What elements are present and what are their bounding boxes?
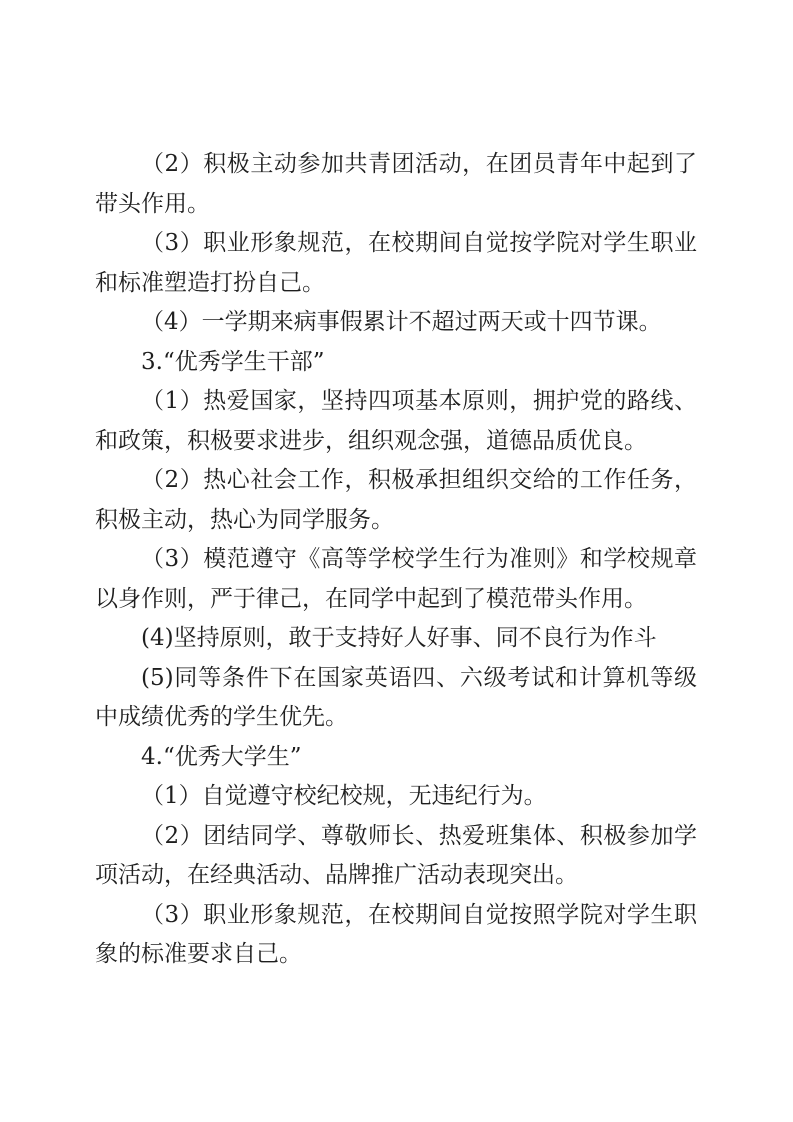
text-line: 项活动，在经典活动、品牌推广活动表现突出。 [95, 856, 697, 896]
text-line: 积极主动，热心为同学服务。 [95, 501, 697, 541]
text-line: 3.“优秀学生干部” [95, 343, 697, 383]
cadre-item-1-love-country: （1）热爱国家，坚持四项基本原则，拥护党的路线、方针和政策，积极要求进步，组织观… [95, 382, 697, 461]
cadre-item-5-exam-priority: (5)同等条件下在国家英语四、六级考试和计算机等级考试中成绩优秀的学生优先。 [95, 659, 697, 738]
text-line: （3）模范遵守《高等学校学生行为准则》和学校规章制度， [95, 540, 697, 580]
text-line: 带头作用。 [95, 185, 697, 225]
text-line: 4.“优秀大学生” [95, 738, 697, 778]
student-item-3-professional-image: （3）职业形象规范，在校期间自觉按照学院对学生职业形象的标准要求自己。 [95, 896, 697, 975]
text-line: 象的标准要求自己。 [95, 935, 697, 975]
student-item-2-unity-activities: （2）团结同学、尊敬师长、热爱班集体、积极参加学院各项活动，在经典活动、品牌推广… [95, 817, 697, 896]
text-line: 和标准塑造打扮自己。 [95, 264, 697, 304]
text-line: 和政策，积极要求进步，组织观念强，道德品质优良。 [95, 422, 697, 462]
text-line: （1）热爱国家，坚持四项基本原则，拥护党的路线、方针 [95, 382, 697, 422]
text-line: (4)坚持原则，敢于支持好人好事、同不良行为作斗争。 [95, 619, 697, 659]
text-line: （4）一学期来病事假累计不超过两天或十四节课。 [95, 303, 697, 343]
item-2-communist-youth-league: （2）积极主动参加共青团活动，在团员青年中起到了模范带头作用。 [95, 145, 697, 224]
document-page: （2）积极主动参加共青团活动，在团员青年中起到了模范带头作用。（3）职业形象规范… [0, 0, 793, 1122]
item-4-absence-limit: （4）一学期来病事假累计不超过两天或十四节课。 [95, 303, 697, 343]
item-3-professional-image: （3）职业形象规范，在校期间自觉按学院对学生职业形象和标准塑造打扮自己。 [95, 224, 697, 303]
text-line: (5)同等条件下在国家英语四、六级考试和计算机等级考试 [95, 659, 697, 699]
text-line: 以身作则，严于律己，在同学中起到了模范带头作用。 [95, 580, 697, 620]
text-line: 中成绩优秀的学生优先。 [95, 698, 697, 738]
cadre-item-2-social-work: （2）热心社会工作，积极承担组织交给的工作任务，工作积极主动，热心为同学服务。 [95, 461, 697, 540]
cadre-item-4-uphold-principles: (4)坚持原则，敢于支持好人好事、同不良行为作斗争。 [95, 619, 697, 659]
text-line: （3）职业形象规范，在校期间自觉按学院对学生职业形象 [95, 224, 697, 264]
student-item-1-discipline: （1）自觉遵守校纪校规，无违纪行为。 [95, 777, 697, 817]
text-line: （3）职业形象规范，在校期间自觉按照学院对学生职业形 [95, 896, 697, 936]
section-3-heading-excellent-student-cadre: 3.“优秀学生干部” [95, 343, 697, 383]
text-line: （1）自觉遵守校纪校规，无违纪行为。 [95, 777, 697, 817]
document-body: （2）积极主动参加共青团活动，在团员青年中起到了模范带头作用。（3）职业形象规范… [95, 145, 697, 975]
text-line: （2）积极主动参加共青团活动，在团员青年中起到了模范 [95, 145, 697, 185]
section-4-heading-excellent-college-student: 4.“优秀大学生” [95, 738, 697, 778]
cadre-item-3-code-of-conduct: （3）模范遵守《高等学校学生行为准则》和学校规章制度，以身作则，严于律己，在同学… [95, 540, 697, 619]
text-line: （2）热心社会工作，积极承担组织交给的工作任务，工作 [95, 461, 697, 501]
text-line: （2）团结同学、尊敬师长、热爱班集体、积极参加学院各 [95, 817, 697, 857]
